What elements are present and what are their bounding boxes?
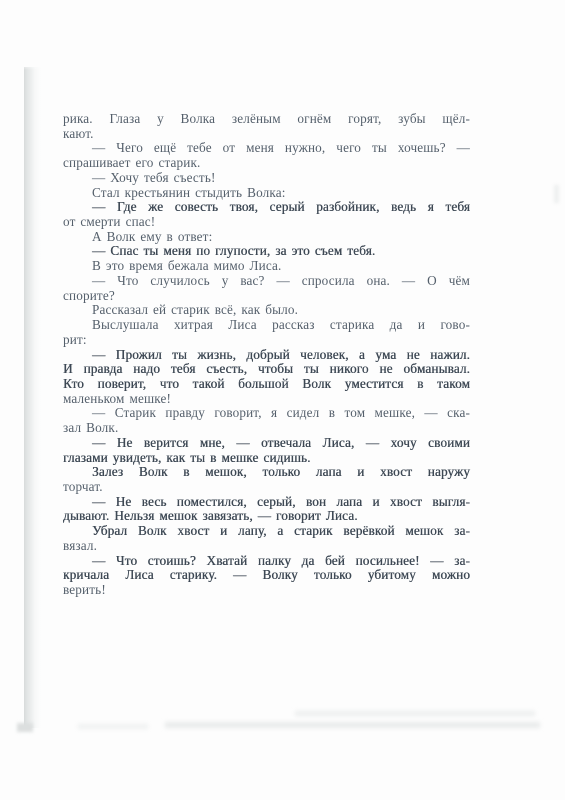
scan-smudge [295, 711, 535, 716]
text-line: — Спас ты меня по глупости, за это съем … [63, 244, 470, 259]
scan-smudge [78, 724, 148, 729]
text-line: вязал. [63, 539, 470, 554]
text-line: глазами увидеть, как ты в мешке сидишь. [63, 451, 470, 466]
text-line: маленьком мешке! [63, 392, 470, 407]
text-line: — Не верится мне, — отвечала Лиса, — хоч… [63, 436, 470, 451]
text-line: — Где же совесть твоя, серый разбойник, … [63, 200, 470, 215]
text-line: верить! [63, 583, 470, 598]
text-line: торчат. [63, 480, 470, 495]
text-line: Стал крестьянин стыдить Волка: [63, 186, 470, 201]
text-line: спрашивает его старик. [63, 156, 470, 171]
text-line: дывают. Нельзя мешок завязать, — говорит… [63, 509, 470, 524]
text-line: кричала Лиса старику. — Волку только уби… [63, 568, 470, 583]
text-line: — Прожил ты жизнь, добрый человек, а ума… [63, 348, 470, 363]
text-line: — Хочу тебя съесть! [63, 171, 470, 186]
text-line: Выслушала хитрая Лиса рассказ старика да… [63, 318, 470, 333]
text-line: — Старик правду говорит, я сидел в том м… [63, 406, 470, 421]
text-line: — Что случилось у вас? — спросила она. —… [63, 274, 470, 289]
text-line: Кто поверит, что такой большой Волк умес… [63, 377, 470, 392]
book-page: рика. Глаза у Волка зелёным огнём горят,… [0, 0, 565, 800]
text-line: Убрал Волк хвост и лапу, а старик верёвк… [63, 524, 470, 539]
text-line: рика. Глаза у Волка зелёным огнём горят,… [63, 112, 470, 127]
scan-smudge [165, 722, 540, 728]
page-left-edge-top-fade [24, 62, 41, 70]
text-block: рика. Глаза у Волка зелёным огнём горят,… [63, 112, 470, 598]
text-line: рит: [63, 333, 470, 348]
text-line: Залез Волк в мешок, только лапа и хвост … [63, 465, 470, 480]
text-line: А Волк ему в ответ: [63, 230, 470, 245]
text-line: И правда надо тебя съесть, чтобы ты нико… [63, 362, 470, 377]
scan-smudge [554, 185, 559, 203]
text-line: — Не весь поместился, серый, вон лапа и … [63, 495, 470, 510]
text-line: от смерти спас! [63, 215, 470, 230]
page-left-edge-shadow [24, 67, 41, 728]
text-line: Рассказал ей старик всё, как было. [63, 303, 470, 318]
text-line: — Чего ещё тебе от меня нужно, чего ты х… [63, 141, 470, 156]
text-line: В это время бежала мимо Лиса. [63, 259, 470, 274]
text-line: зал Волк. [63, 421, 470, 436]
text-line: — Что стоишь? Хватай палку да бей посиль… [63, 554, 470, 569]
text-line: кают. [63, 127, 470, 142]
text-line: спорите? [63, 289, 470, 304]
